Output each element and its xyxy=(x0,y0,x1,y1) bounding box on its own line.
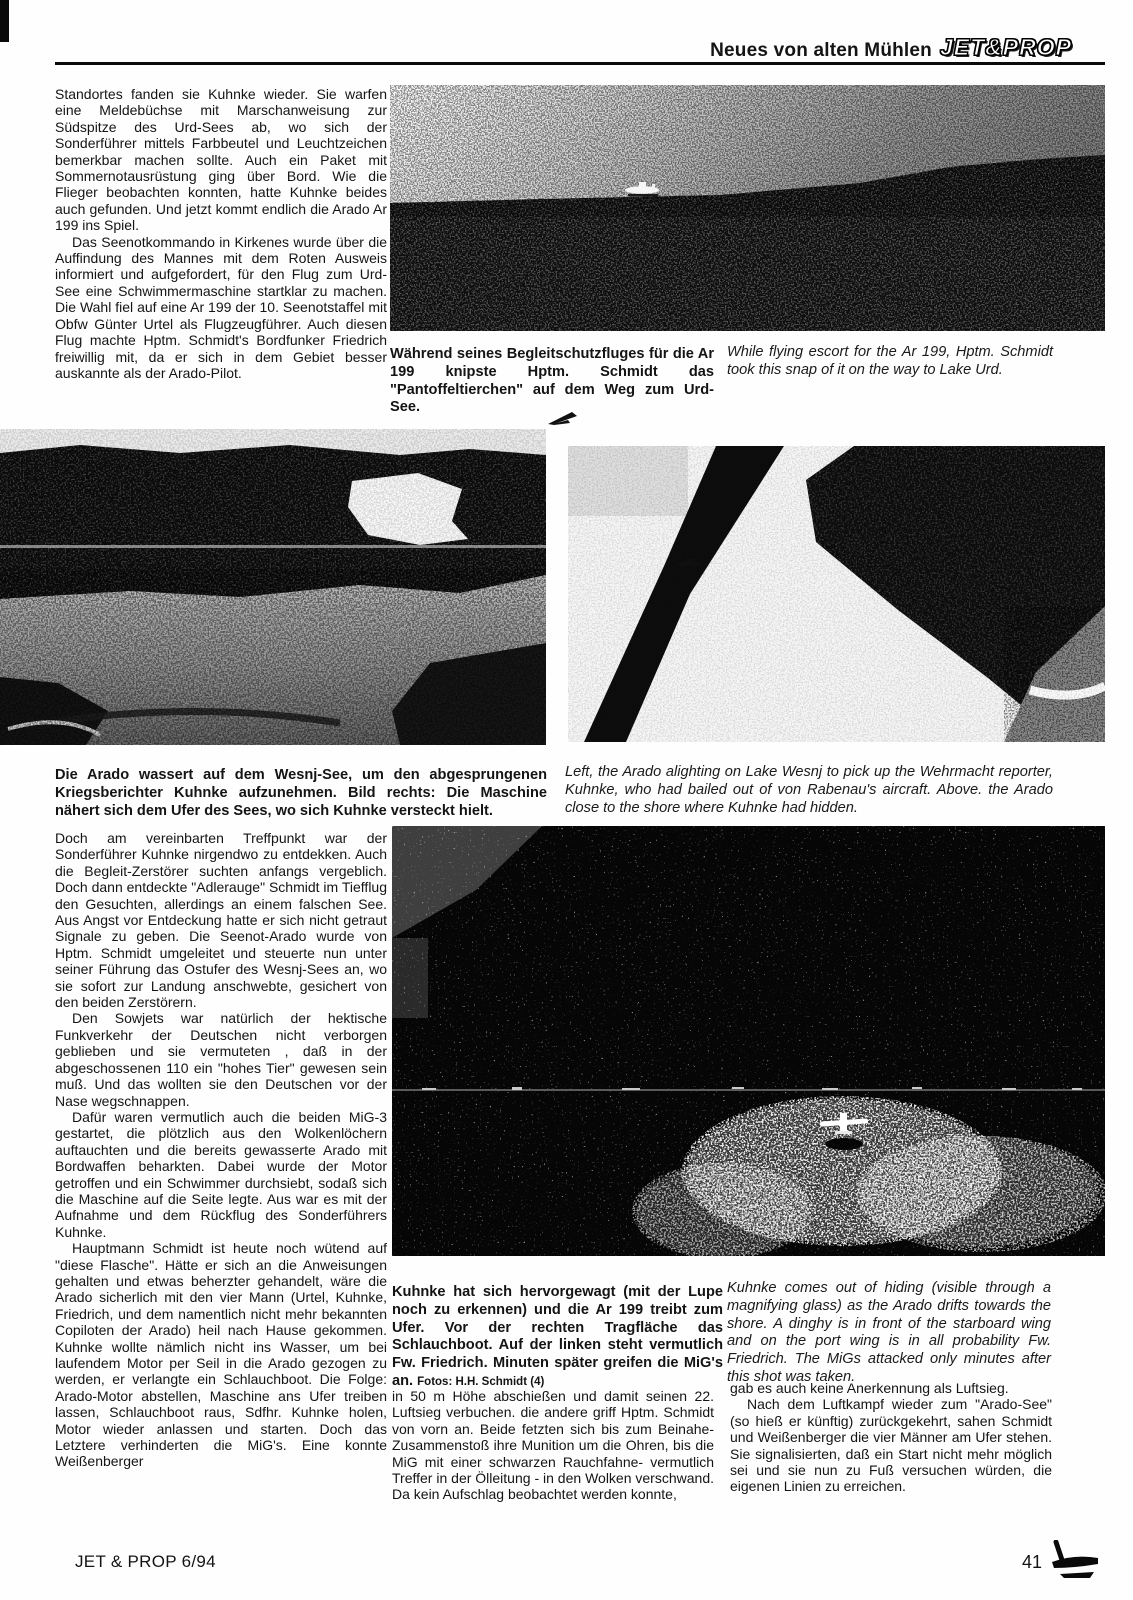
caption-top-german: Während seines Begleitschutzfluges für d… xyxy=(390,346,714,417)
magazine-page: Neues von alten Mühlen JET&PROP Standort… xyxy=(0,0,1133,1600)
caption-bottom-english: Kuhnke comes out of hiding (visible thro… xyxy=(727,1280,1051,1387)
seaplane-icon xyxy=(1046,1540,1100,1584)
scan-edge-mark xyxy=(0,0,9,42)
paragraph: in 50 m Höhe abschießen und damit seinen… xyxy=(392,1388,714,1503)
article-column-2: Doch am vereinbarten Treffpunkt war der … xyxy=(55,830,387,1470)
caption-top-english: While flying escort for the Ar 199, Hptm… xyxy=(727,344,1053,380)
footer-page-block: 41 xyxy=(1022,1540,1100,1584)
paragraph: Den Sowjets war natürlich der hektische … xyxy=(55,1010,387,1108)
caption-bottom-german-text: Kuhnke hat sich hervorgewagt (mit der Lu… xyxy=(392,1284,723,1389)
paragraph: Das Seenotkommando in Kirkenes wurde übe… xyxy=(55,234,387,382)
paragraph: Hauptmann Schmidt ist heute noch wütend … xyxy=(55,1240,387,1470)
article-column-4: gab es auch keine Anerkennung als Luftsi… xyxy=(730,1380,1052,1495)
caption-middle-german: Die Arado wassert auf dem Wesnj-See, um … xyxy=(55,767,547,820)
caption-bottom-german: Kuhnke hat sich hervorgewagt (mit der Lu… xyxy=(392,1284,723,1392)
footer-magazine-title: JET & PROP 6/94 xyxy=(75,1552,216,1572)
photo-arado-alighting-lake xyxy=(0,429,546,745)
paragraph: Doch am vereinbarten Treffpunkt war der … xyxy=(55,830,387,1010)
page-number: 41 xyxy=(1022,1552,1042,1573)
photo-arado-near-shore xyxy=(568,446,1105,742)
magazine-logo: JET&PROP xyxy=(940,34,1108,61)
article-column-3: in 50 m Höhe abschießen und damit seinen… xyxy=(392,1388,714,1503)
photo-ar199-drifting xyxy=(392,826,1105,1256)
header-rule xyxy=(55,62,1105,65)
section-title: Neues von alten Mühlen xyxy=(540,40,932,62)
article-column-1: Standortes fanden sie Kuhnke wieder. Sie… xyxy=(55,86,387,381)
photo-credit: Fotos: H.H. Schmidt (4) xyxy=(417,1376,544,1388)
photo-ar199-escort xyxy=(390,85,1105,331)
paragraph: gab es auch keine Anerkennung als Luftsi… xyxy=(730,1380,1052,1396)
paragraph: Dafür waren vermutlich auch die beiden M… xyxy=(55,1109,387,1240)
caption-middle-english: Left, the Arado alighting on Lake Wesnj … xyxy=(565,764,1053,817)
arrow-mark-icon xyxy=(548,410,578,428)
paragraph: Standortes fanden sie Kuhnke wieder. Sie… xyxy=(55,86,387,234)
paragraph: Nach dem Luftkampf wieder zum "Arado-See… xyxy=(730,1396,1052,1494)
